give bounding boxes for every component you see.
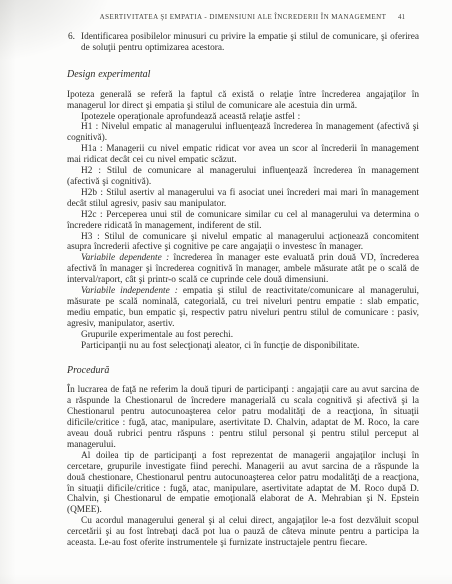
hypothesis-label: H2c : — [81, 210, 103, 220]
dependent-variables-lead: Variabile dependente : — [81, 253, 169, 263]
page-number: 41 — [398, 13, 405, 21]
scanned-book-page: ASERTIVITATEA ŞI EMPATIA - DIMENSIUNI AL… — [0, 0, 452, 584]
hypothesis-label: H2 : — [81, 166, 101, 176]
paragraph-procedure-1: În lucrarea de faţă ne referim la două t… — [67, 385, 419, 450]
hypothesis-text: Perceperea unui stil de comunicare simil… — [67, 210, 419, 231]
hypothesis-h1a: H1a : Managerii cu nivel empatic ridicat… — [67, 144, 419, 166]
paragraph-independent-variables: Variabile independente : empatia şi stil… — [67, 286, 419, 330]
paragraph-hypothesis-general: Ipoteza generală se referă la faptul că … — [67, 90, 419, 112]
hypothesis-h3: H3 : Stilul de comunicare şi nivelul emp… — [67, 232, 419, 254]
running-header: ASERTIVITATEA ŞI EMPATIA - DIMENSIUNI AL… — [67, 13, 419, 21]
section-heading-design-experimental: Design experimental — [67, 70, 419, 81]
hypothesis-h2c: H2c : Perceperea unui stil de comunicare… — [67, 210, 419, 232]
list-item-text: Identificarea posibilelor minusuri cu pr… — [81, 32, 419, 53]
hypothesis-text: Stilul asertiv al managerului va fi asoc… — [67, 188, 419, 209]
hypothesis-h1: H1 : Nivelul empatic al managerului infl… — [67, 122, 419, 144]
hypothesis-h2b: H2b : Stilul asertiv al managerului va f… — [67, 188, 419, 210]
hypothesis-text: Nivelul empatic al managerului influenţe… — [67, 122, 419, 143]
paragraph-procedure-3: Cu acordul managerului general şi al cel… — [67, 516, 419, 549]
paragraph-dependent-variables: Variabile dependente : încrederea în man… — [67, 253, 419, 286]
section-heading-procedura: Procedură — [67, 366, 419, 377]
hypothesis-label: H3 : — [81, 232, 100, 242]
numbered-list-item: 6. Identificarea posibilelor minusuri cu… — [67, 32, 419, 54]
hypothesis-text: Managerii cu nivel empatic ridicat vor a… — [67, 144, 419, 165]
hypothesis-label: H1a : — [81, 144, 103, 154]
hypothesis-label: H2b : — [81, 188, 103, 198]
hypothesis-text: Stilul de comunicare şi nivelul empatic … — [67, 232, 419, 253]
hypothesis-text: Stilul de comunicare al managerului infl… — [67, 166, 419, 187]
text-column: 6. Identificarea posibilelor minusuri cu… — [67, 32, 419, 549]
hypothesis-h2: H2 : Stilul de comunicare al managerului… — [67, 166, 419, 188]
independent-variables-lead: Variabile independente : — [81, 286, 178, 296]
paragraph-experimental-groups: Grupurile experimentale au fost perechi. — [67, 330, 419, 341]
hypothesis-label: H1 : — [81, 122, 98, 132]
paragraph-procedure-2: Al doilea tip de participanţi a fost rep… — [67, 451, 419, 516]
running-header-title: ASERTIVITATEA ŞI EMPATIA - DIMENSIUNI AL… — [100, 13, 387, 21]
list-item-number: 6. — [68, 32, 75, 43]
paragraph-participants-selection: Participanţii nu au fost selecţionaţi al… — [67, 341, 419, 352]
paragraph-hypotheses-intro: Ipotezele operaţionale aprofundează acea… — [67, 112, 419, 123]
